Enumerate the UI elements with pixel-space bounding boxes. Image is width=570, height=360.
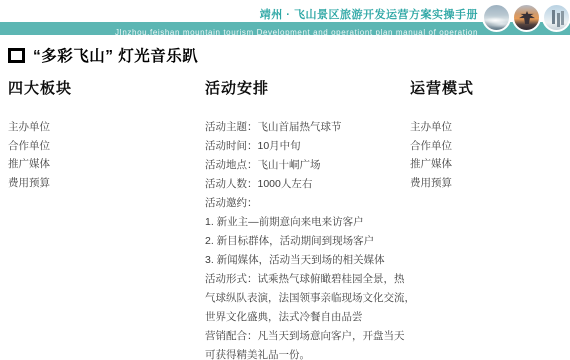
text-line: 活动时间：10月中旬: [205, 137, 410, 156]
manual-title-zh: 靖州 · 飞山景区旅游开发运营方案实操手册: [260, 6, 478, 22]
text-line: 活动地点：飞山十峒广场: [205, 156, 410, 175]
section-operation-mode: 运营模式 主办单位合作单位推广媒体费用预算: [410, 77, 562, 192]
manual-title-en: JInzhou.feishan mountain tourism Develop…: [115, 28, 478, 37]
list-item: 主办单位: [8, 118, 198, 137]
section-heading-activity-plan: 活动安排: [205, 77, 410, 98]
list-item: 推广媒体: [8, 155, 198, 174]
slide-title: “多彩飞山” 灯光音乐趴: [33, 44, 198, 66]
text-line: 3. 新闻媒体，活动当天到场的相关媒体: [205, 251, 410, 270]
text-line: 气球纵队表演，法国领事亲临现场文化交流，: [205, 289, 410, 308]
text-line: 活动主题：飞山首届热气球节: [205, 118, 410, 137]
list-item: 费用预算: [410, 174, 562, 193]
list-item: 合作单位: [410, 137, 562, 156]
slide-title-row: “多彩飞山” 灯光音乐趴: [8, 44, 198, 66]
slide-page: 靖州 · 飞山景区旅游开发运营方案实操手册 JInzhou.feishan mo…: [0, 0, 570, 360]
four-blocks-item-list: 主办单位合作单位推广媒体费用预算: [8, 118, 198, 192]
list-item: 费用预算: [8, 174, 198, 193]
list-item: 主办单位: [410, 118, 562, 137]
list-item: 推广媒体: [410, 155, 562, 174]
text-line: 可获得精美礼品一份。: [205, 346, 410, 360]
section-activity-plan: 活动安排 活动主题：飞山首届热气球节活动时间：10月中旬活动地点：飞山十峒广场活…: [205, 77, 410, 360]
operation-mode-item-list: 主办单位合作单位推广媒体费用预算: [410, 118, 562, 192]
text-line: 营销配合：凡当天到场意向客户，开盘当天: [205, 327, 410, 346]
text-line: 2. 新目标群体，活动期间到现场客户: [205, 232, 410, 251]
section-heading-four-blocks: 四大板块: [8, 77, 198, 98]
text-line: 活动人数：1000人左右: [205, 175, 410, 194]
text-line: 世界文化盛典，法式冷餐自由品尝: [205, 308, 410, 327]
text-line: 1. 新业主—前期意向来电来访客户: [205, 213, 410, 232]
activity-plan-text: 活动主题：飞山首届热气球节活动时间：10月中旬活动地点：飞山十峒广场活动人数：1…: [205, 118, 410, 360]
section-four-blocks: 四大板块 主办单位合作单位推广媒体费用预算: [8, 77, 198, 192]
list-item: 合作单位: [8, 137, 198, 156]
photo-pagoda-sunset-icon: [512, 3, 541, 32]
section-heading-operation-mode: 运营模式: [410, 77, 562, 98]
text-line: 活动邀约：: [205, 194, 410, 213]
square-bullet-icon: [8, 48, 25, 63]
photo-snowy-town-icon: [542, 3, 570, 32]
text-line: 活动形式：试乘热气球俯瞰碧桂园全景，热: [205, 270, 410, 289]
photo-misty-mountains-icon: [482, 3, 511, 32]
